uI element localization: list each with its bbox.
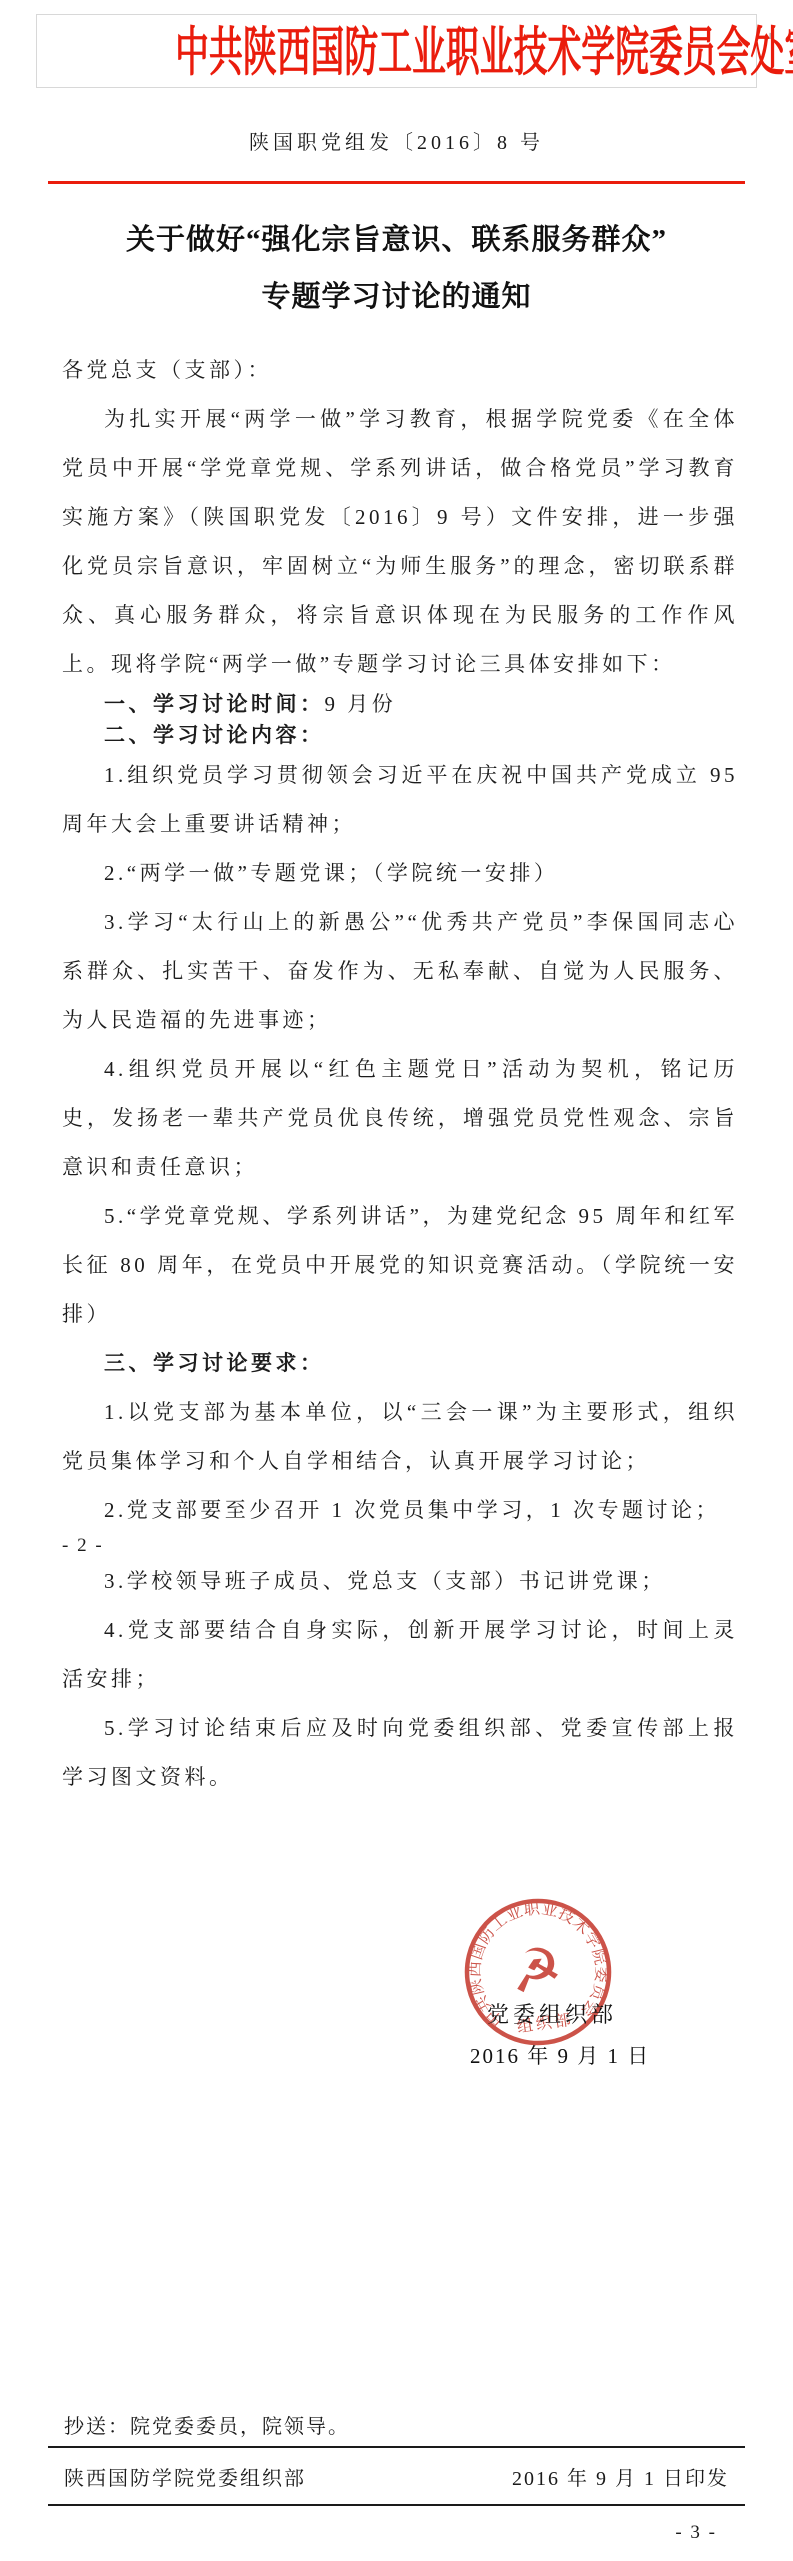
document-page: ↵ 中共陕西国防工业职业技术学院委员会处室文件 陕国职党组发〔2016〕8 号 …: [0, 0, 793, 2561]
document-title: 关于做好“强化宗旨意识、联系服务群众” 专题学习讨论的通知: [0, 212, 793, 326]
list-item: 3.学习“太行山上的新愚公”“优秀共产党员”李保国同志心系群众、扎实苦干、奋发作…: [62, 898, 738, 1045]
issuer: 陕西国防学院党委组织部: [64, 2462, 306, 2491]
section-heading-time: 一、学习讨论时间：9 月份: [62, 689, 738, 720]
list-item: 2.党支部要至少召开 1 次党员集中学习，1 次专题讨论；: [62, 1486, 738, 1535]
list-item: 4.党支部要结合自身实际，创新开展学习讨论，时间上灵活安排；: [62, 1606, 738, 1704]
salutation: 各党总支（支部）：: [62, 346, 738, 395]
list-item: 1.以党支部为基本单位，以“三会一课”为主要形式，组织党员集体学习和个人自学相结…: [62, 1388, 738, 1486]
document-footer: 抄送：院党委委员，院领导。 陕西国防学院党委组织部 2016 年 9 月 1 日…: [48, 2408, 745, 2544]
list-item: 2.“两学一做”专题党课；（学院统一安排）: [62, 849, 738, 898]
intro-paragraph: 为扎实开展“两学一做”学习教育，根据学院党委《在全体党员中开展“学党章党规、学系…: [62, 395, 738, 689]
section-heading-content: 二、学习讨论内容：: [62, 720, 738, 751]
section-time-value: 9 月份: [325, 692, 397, 716]
issue-row: 陕西国防学院党委组织部 2016 年 9 月 1 日印发: [48, 2448, 745, 2504]
document-title-line1: 关于做好“强化宗旨意识、联系服务群众”: [0, 212, 793, 269]
signature-date: 2016 年 9 月 1 日: [470, 2032, 650, 2081]
section-heading-requirements: 三、学习讨论要求：: [62, 1339, 738, 1388]
page-number-2: - 2 -: [62, 1535, 738, 1557]
page-number-3: - 3 -: [48, 2522, 745, 2544]
red-divider-line: [48, 181, 745, 184]
list-item: 5.学习讨论结束后应及时向党委组织部、党委宣传部上报学习图文资料。: [62, 1704, 738, 1802]
list-item: 5.“学党章党规、学系列讲话”，为建党纪念 95 周年和红军长征 80 周年，在…: [62, 1192, 738, 1339]
document-body: 各党总支（支部）： 为扎实开展“两学一做”学习教育，根据学院党委《在全体党员中开…: [62, 346, 738, 2109]
letterhead-title: 中共陕西国防工业职业技术学院委员会处室文件: [175, 21, 793, 86]
letterhead-banner: 中共陕西国防工业职业技术学院委员会处室文件: [36, 14, 757, 88]
list-item: 4.组织党员开展以“红色主题党日”活动为契机，铭记历史，发扬老一辈共产党员优良传…: [62, 1045, 738, 1192]
footer-divider-bottom: [48, 2504, 745, 2506]
list-item: 3.学校领导班子成员、党总支（支部）书记讲党课；: [62, 1557, 738, 1606]
list-item: 1.组织党员学习贯彻领会习近平在庆祝中国共产党成立 95 周年大会上重要讲话精神…: [62, 751, 738, 849]
document-number: 陕国职党组发〔2016〕8 号: [0, 126, 793, 155]
section-time-label: 一、学习讨论时间：: [104, 692, 325, 716]
signature-block: 中共陕西国防工业职业技术学院委员会 ☭ 组织部 党委组织部 2016 年 9 月…: [62, 1894, 738, 2109]
cc-line: 抄送：院党委委员，院领导。: [48, 2408, 745, 2446]
document-title-line2: 专题学习讨论的通知: [0, 269, 793, 326]
print-date: 2016 年 9 月 1 日印发: [512, 2462, 729, 2491]
